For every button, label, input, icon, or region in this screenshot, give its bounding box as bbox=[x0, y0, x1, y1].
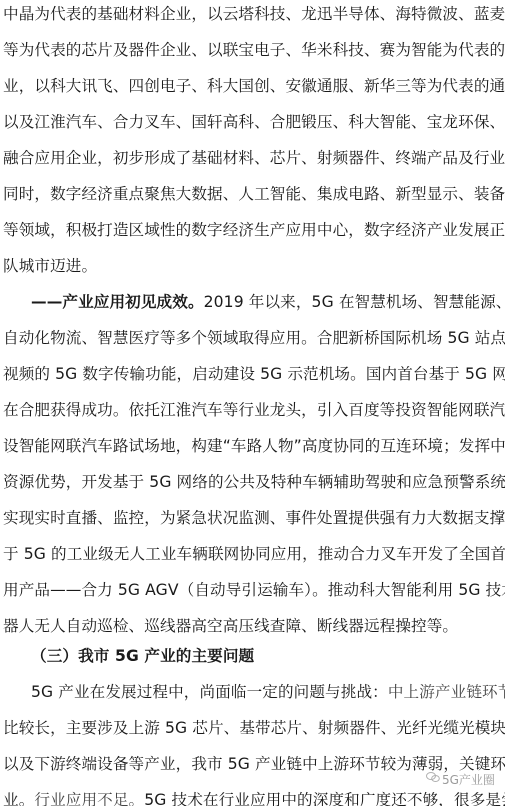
text-span: 业。 bbox=[3, 791, 34, 806]
text-line: 于 5G 的工业级无人工业车辆联网协同应用，推动合力叉车开发了全国首例 5G 工… bbox=[3, 543, 505, 565]
text-line: 视频的 5G 数字传输功能，启动建设 5G 示范机场。国内首台基于 5G 网络的… bbox=[3, 363, 505, 385]
paragraph-lead-line: ——产业应用初见成效。2019 年以来，5G 在智慧机场、智慧能源、智能网联汽车… bbox=[3, 291, 505, 313]
text-line: 用产品——合力 5G AGV（自动导引运输车）。推动科大智能利用 5G 技术实现… bbox=[3, 579, 505, 601]
text-line: 比较长，主要涉及上游 5G 芯片、基带芯片、射频器件、光纤光缆光模块，中游基站主… bbox=[3, 717, 505, 739]
highlight-span: 中上游产业链环节薄弱。 bbox=[388, 683, 505, 701]
text-line: 业，以科大讯飞、四创电子、科大国创、安徽通服、新华三等为代表的通信技术服务企业 bbox=[3, 75, 505, 97]
text-span: 5G 技术在行业应用中的深度和广度还不够，很多是尝试和实验性产品， bbox=[144, 791, 505, 806]
watermark-text: 5G产业圈 bbox=[442, 771, 495, 788]
section-heading: （三）我市 5G 产业的主要问题 bbox=[3, 645, 505, 667]
text-line: 实现实时直播、监控，为紧急状况监测、事件处置提供强有力大数据支撑和判断。发展基 bbox=[3, 507, 505, 529]
bold-lead: ——产业应用初见成效。 bbox=[31, 293, 204, 311]
highlight-span: 行业应用不足。 bbox=[34, 791, 144, 806]
text-line: 等领域，积极打造区域性的数字经济生产应用中心，数字经济产业发展正在向全国第一梯 bbox=[3, 219, 505, 241]
text-span: 5G 产业在发展过程中，尚面临一定的问题与挑战： bbox=[31, 683, 388, 701]
text-line: 业。行业应用不足。5G 技术在行业应用中的深度和广度还不够，很多是尝试和实验性产… bbox=[3, 789, 505, 806]
text-line: 队城市迈进。 bbox=[3, 255, 505, 277]
text-line: 在合肥获得成功。依托江淮汽车等行业龙头，引入百度等投资智能网联汽车产业项目，建 bbox=[3, 399, 505, 421]
text-line: 中晶为代表的基础材料企业，以云塔科技、龙迅半导体、海特微波、蓝麦通信、星波通信 bbox=[3, 3, 505, 25]
text-line: 自动化物流、智慧医疗等多个领域取得应用。合肥新桥国际机场 5G 站点开通，可实现… bbox=[3, 327, 505, 349]
text-line: 器人无人自动巡检、巡线器高空高压线查障、断线器远程操控等。 bbox=[3, 615, 505, 637]
text-line: 融合应用企业，初步形成了基础材料、芯片、射频器件、终端产品及行业应用等产业链条。 bbox=[3, 147, 505, 169]
text-line: 设智能网联汽车路试场地，构建“车路人物”高度协同的互连环境；发挥中科大先研院等创… bbox=[3, 435, 505, 457]
text-line: 资源优势，开发基于 5G 网络的公共及特种车辆辅助驾驶和应急预警系统，通过 5G… bbox=[3, 471, 505, 493]
text-line: 等为代表的芯片及器件企业、以联宝电子、华米科技、赛为智能为代表的终端产品制造企 bbox=[3, 39, 505, 61]
wechat-icon bbox=[426, 772, 440, 782]
text-line: 以及江淮汽车、合力叉车、国轩高科、合肥锻压、科大智能、宝龙环保、科大国盾等下游 bbox=[3, 111, 505, 133]
lead-rest: 2019 年以来，5G 在智慧机场、智慧能源、智能网联汽车、 bbox=[204, 293, 505, 311]
text-line: 同时，数字经济重点聚焦大数据、人工智能、集成电路、新型显示、装备制造、健康医疗 bbox=[3, 183, 505, 205]
paragraph-lead-line: 5G 产业在发展过程中，尚面临一定的问题与挑战：中上游产业链环节薄弱。5G 产业… bbox=[3, 681, 505, 703]
